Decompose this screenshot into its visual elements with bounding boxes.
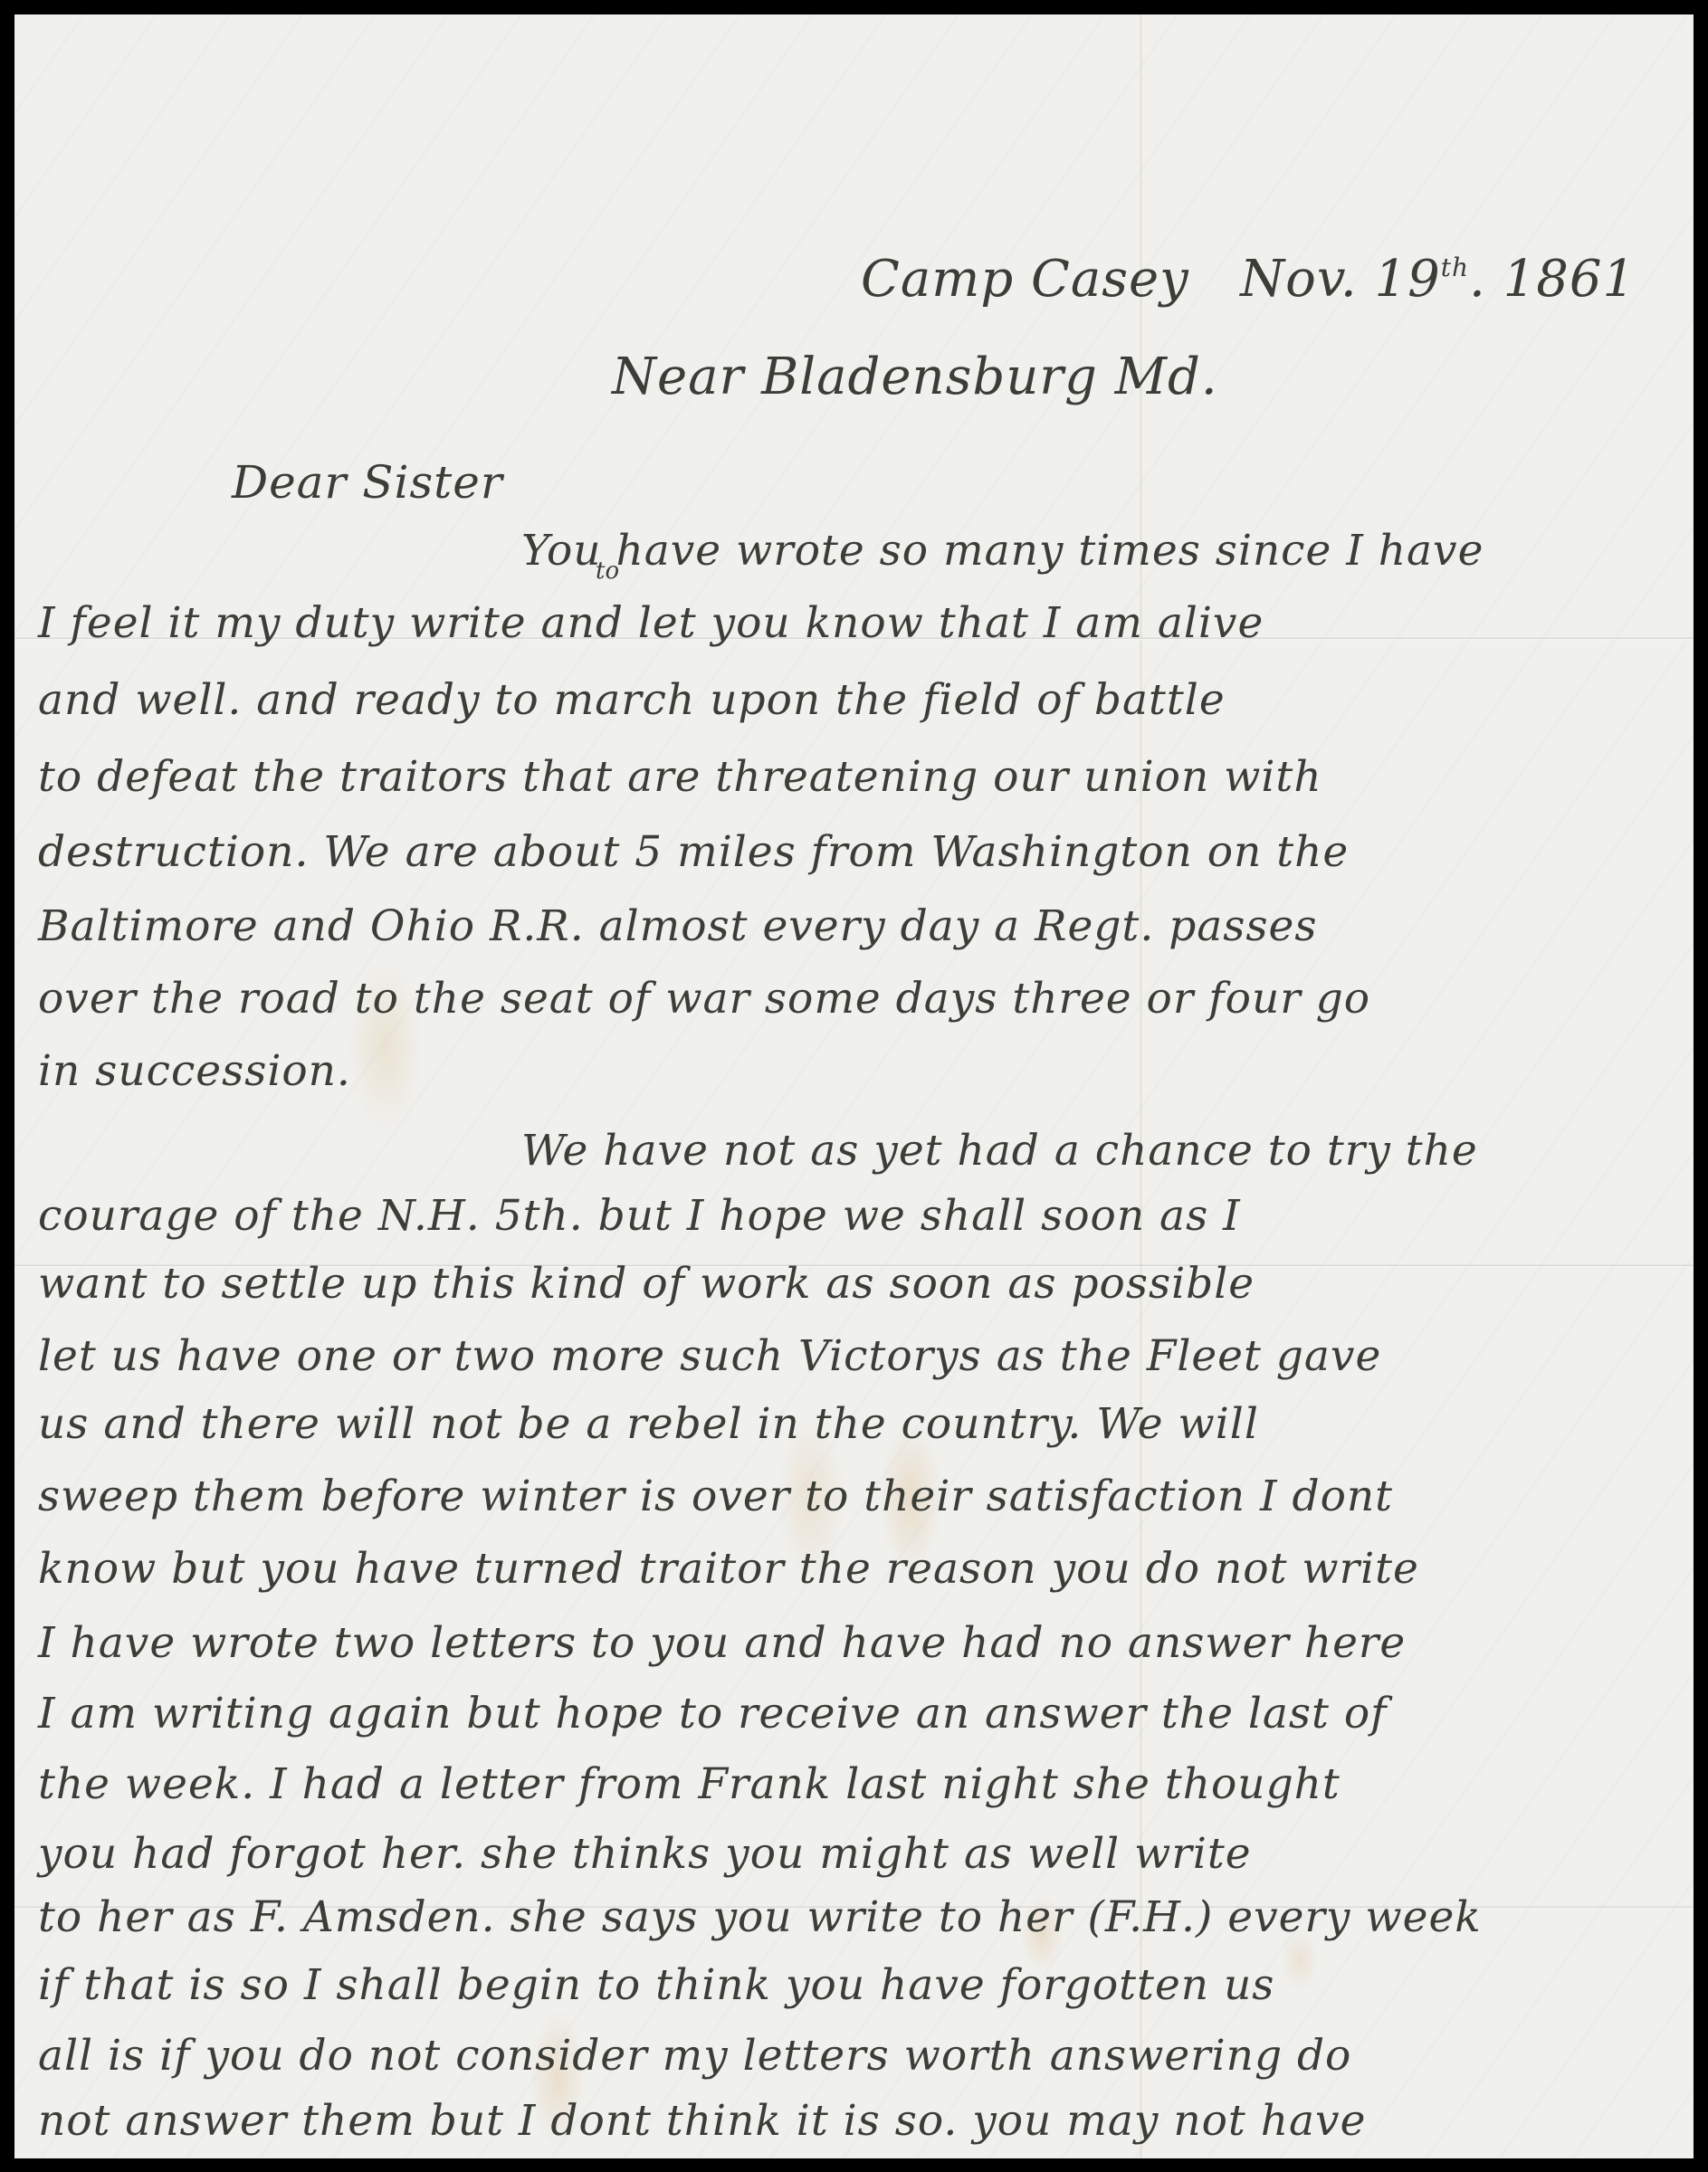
letter-line: if that is so I shall begin to think you… [38, 1960, 1694, 2010]
letter-line: to defeat the traitors that are threaten… [38, 752, 1694, 802]
letter-line: sweep them before winter is over to thei… [38, 1472, 1694, 1521]
letter-line: you had forgot her. she thinks you might… [38, 1829, 1694, 1879]
letter-line: Baltimore and Ohio R.R. almost every day… [38, 901, 1694, 951]
heading-place: Camp Casey [861, 250, 1189, 309]
letter-line: over the road to the seat of war some da… [38, 974, 1694, 1024]
letter-heading-place-date: Camp Casey Nov. 19th. 1861 [861, 250, 1636, 309]
letter-line: to her as F. Amsden. she says you write … [38, 1892, 1694, 1942]
letter-line: all is if you do not consider my letters… [38, 2031, 1694, 2081]
heading-year: 1861 [1503, 250, 1636, 309]
letter-line: the week. I had a letter from Frank last… [38, 1759, 1694, 1809]
letter-line: We have not as yet had a chance to try t… [521, 1126, 1708, 1176]
letter-line: know but you have turned traitor the rea… [38, 1544, 1694, 1594]
letter-line: I am writing again but hope to receive a… [38, 1689, 1694, 1739]
letter-page: Camp Casey Nov. 19th. 1861 Near Bladensb… [14, 14, 1694, 2158]
letter-heading-location: Near Bladensburg Md. [612, 348, 1218, 406]
letter-line: I feel it my duty write and let you know… [38, 598, 1694, 648]
letter-line: want to settle up this kind of work as s… [38, 1259, 1694, 1309]
letter-line: and well. and ready to march upon the fi… [38, 675, 1694, 725]
heading-date-ordinal: th [1441, 252, 1469, 282]
letter-line: I have wrote two letters to you and have… [38, 1618, 1694, 1668]
letter-line: not answer them but I dont think it is s… [38, 2096, 1694, 2146]
letter-line: courage of the N.H. 5th. but I hope we s… [38, 1191, 1694, 1241]
letter-line: in succession. [38, 1046, 1694, 1096]
letter-line: us and there will not be a rebel in the … [38, 1399, 1694, 1449]
heading-date: Nov. 19 [1240, 250, 1441, 309]
letter-line: let us have one or two more such Victory… [38, 1331, 1694, 1381]
letter-line: destruction. We are about 5 miles from W… [38, 827, 1694, 877]
letter-line: You have wrote so many times since I hav… [521, 526, 1708, 576]
letter-salutation: Dear Sister [232, 456, 503, 509]
